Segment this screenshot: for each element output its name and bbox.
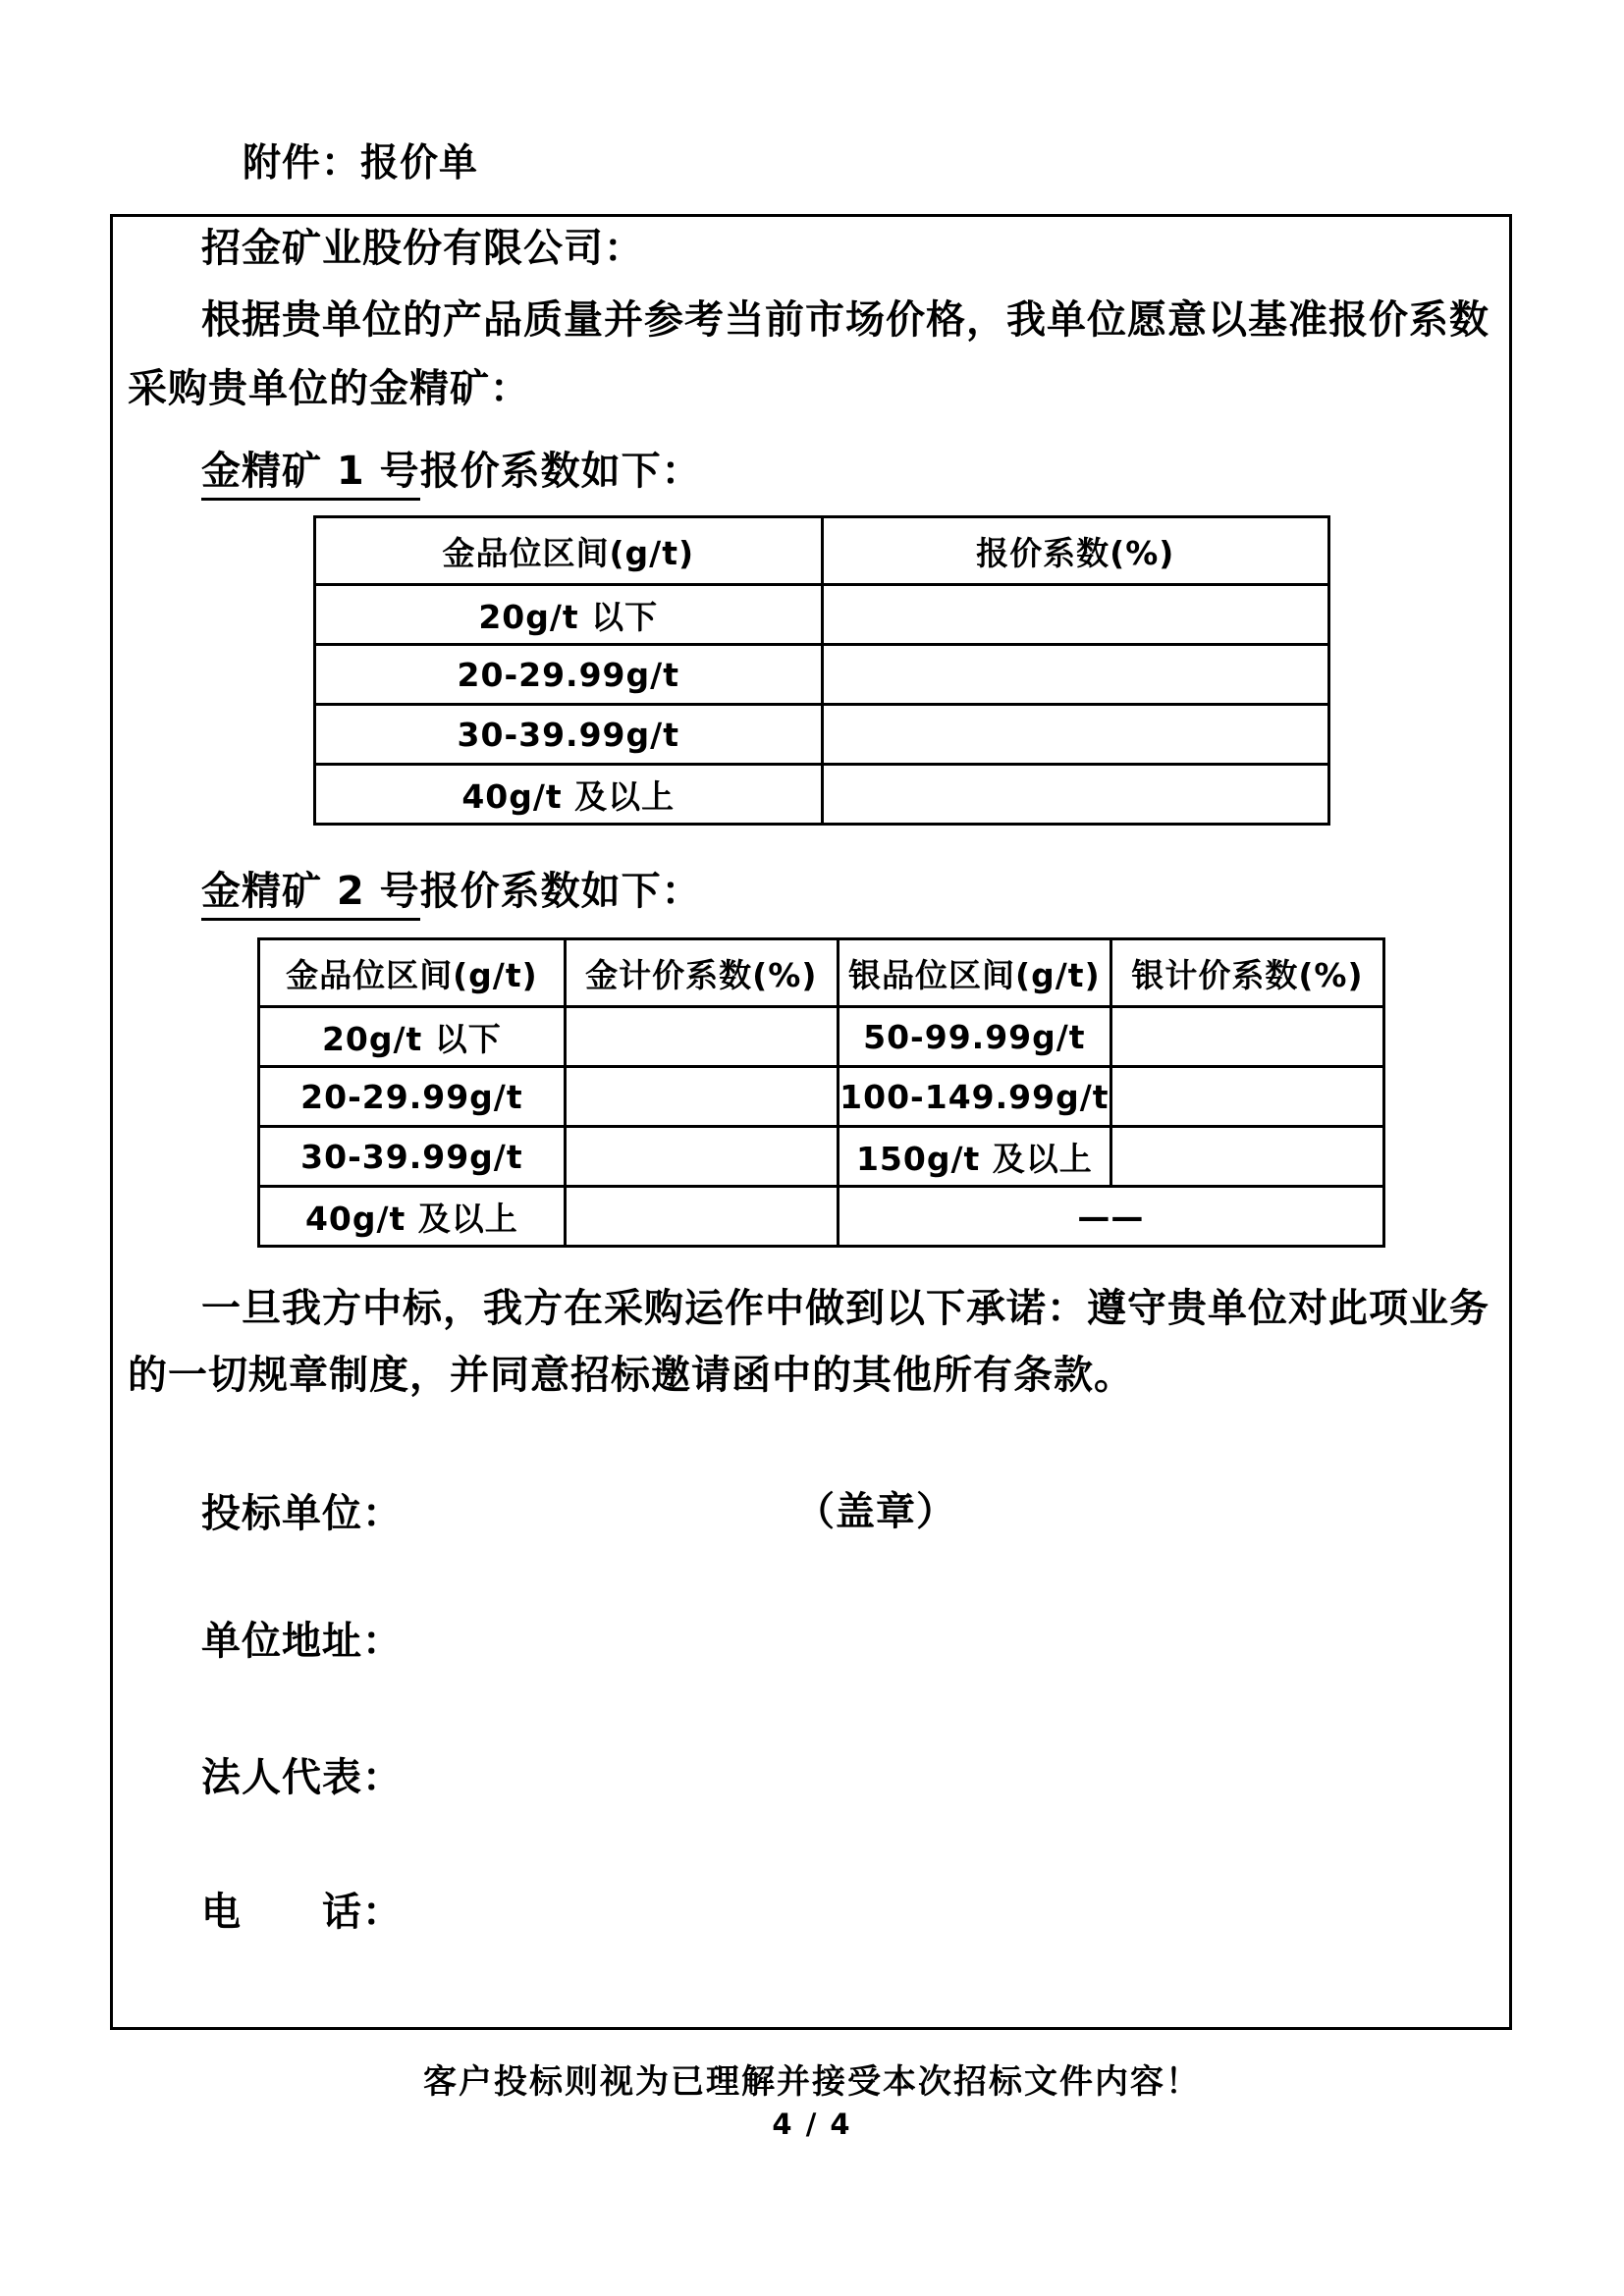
table2-gold-coef-blank-cell bbox=[565, 1007, 838, 1067]
table2-gold-coef-blank-cell bbox=[565, 1127, 838, 1187]
table-header-row: 金品位区间(g/t) 报价系数(%) bbox=[315, 517, 1329, 585]
table2-gold-grade-cell: 20-29.99g/t bbox=[259, 1067, 566, 1127]
table2-header-gold-coef: 金计价系数(%) bbox=[565, 939, 838, 1007]
salutation: 招金矿业股份有限公司： bbox=[201, 227, 644, 270]
table1-grade-cell: 40g/t 及以上 bbox=[315, 765, 823, 825]
bidder-unit-label: 投标单位： bbox=[201, 1492, 403, 1535]
table1-coef-blank-cell bbox=[822, 705, 1329, 765]
commitment-line1: 一旦我方中标，我方在采购运作中做到以下承诺：遵守贵单位对此项业务 bbox=[201, 1287, 1489, 1330]
table2-gold-grade-cell: 30-39.99g/t bbox=[259, 1127, 566, 1187]
attachment-title: 附件：报价单 bbox=[243, 143, 478, 186]
table2-gold-coef-blank-cell bbox=[565, 1067, 838, 1127]
footer-note: 客户投标则视为已理解并接受本次招标文件内容！ bbox=[0, 2055, 1624, 2103]
table1-coef-blank-cell bbox=[822, 765, 1329, 825]
table1-grade-cell: 30-39.99g/t bbox=[315, 705, 823, 765]
table-row: 20-29.99g/t 100-149.99g/t bbox=[259, 1067, 1384, 1127]
table-row: 30-39.99g/t 150g/t 及以上 bbox=[259, 1127, 1384, 1187]
table1-header-quote-coef: 报价系数(%) bbox=[822, 517, 1329, 585]
intro-paragraph-line2: 采购贵单位的金精矿： bbox=[128, 367, 530, 410]
table2-silver-coef-blank-cell bbox=[1110, 1127, 1383, 1187]
table2-header-gold-grade: 金品位区间(g/t) bbox=[259, 939, 566, 1007]
commitment-line2: 的一切规章制度，并同意招标邀请函中的其他所有条款。 bbox=[128, 1354, 1134, 1397]
table2-header-silver-grade: 银品位区间(g/t) bbox=[838, 939, 1110, 1007]
section2-heading-rest: 报价系数如下： bbox=[420, 869, 702, 914]
table2-silver-merged-dash-cell: —— bbox=[838, 1187, 1383, 1247]
table1-header-gold-grade: 金品位区间(g/t) bbox=[315, 517, 823, 585]
table2-silver-coef-blank-cell bbox=[1110, 1067, 1383, 1127]
table-row: 40g/t 及以上 —— bbox=[259, 1187, 1384, 1247]
table1-grade-cell: 20-29.99g/t bbox=[315, 645, 823, 705]
table2-header-silver-coef: 银计价系数(%) bbox=[1110, 939, 1383, 1007]
phone-label: 电 话： bbox=[201, 1891, 403, 1934]
table2-silver-grade-cell: 150g/t 及以上 bbox=[838, 1127, 1110, 1187]
table2-silver-grade-cell: 100-149.99g/t bbox=[838, 1067, 1110, 1127]
table1-grade-cell: 20g/t 以下 bbox=[315, 585, 823, 645]
table-row: 20-29.99g/t bbox=[315, 645, 1329, 705]
section1-heading-underlined: 金精矿 1 号 bbox=[201, 449, 420, 501]
table2-gold-grade-cell: 20g/t 以下 bbox=[259, 1007, 566, 1067]
table-row: 20g/t 以下 50-99.99g/t bbox=[259, 1007, 1384, 1067]
table-header-row: 金品位区间(g/t) 金计价系数(%) 银品位区间(g/t) 银计价系数(%) bbox=[259, 939, 1384, 1007]
section1-heading: 金精矿 1 号报价系数如下： bbox=[201, 450, 702, 493]
table1-coef-blank-cell bbox=[822, 585, 1329, 645]
section2-heading-underlined: 金精矿 2 号 bbox=[201, 869, 420, 921]
intro-paragraph-line1: 根据贵单位的产品质量并参考当前市场价格，我单位愿意以基准报价系数 bbox=[201, 298, 1489, 342]
table1-coef-blank-cell bbox=[822, 645, 1329, 705]
table2-gold-grade-cell: 40g/t 及以上 bbox=[259, 1187, 566, 1247]
table2-silver-coef-blank-cell bbox=[1110, 1007, 1383, 1067]
document-page: 附件：报价单 招金矿业股份有限公司： 根据贵单位的产品质量并参考当前市场价格，我… bbox=[0, 0, 1624, 2296]
section2-heading: 金精矿 2 号报价系数如下： bbox=[201, 870, 702, 913]
page-number: 4 / 4 bbox=[0, 2108, 1624, 2141]
unit-address-label: 单位地址： bbox=[201, 1620, 403, 1663]
table-row: 30-39.99g/t bbox=[315, 705, 1329, 765]
concentrate1-quote-table: 金品位区间(g/t) 报价系数(%) 20g/t 以下 20-29.99g/t … bbox=[313, 515, 1330, 826]
seal-label: （盖章） bbox=[795, 1490, 956, 1533]
table-row: 20g/t 以下 bbox=[315, 585, 1329, 645]
table2-gold-coef-blank-cell bbox=[565, 1187, 838, 1247]
legal-representative-label: 法人代表： bbox=[201, 1756, 403, 1799]
table2-silver-grade-cell: 50-99.99g/t bbox=[838, 1007, 1110, 1067]
section1-heading-rest: 报价系数如下： bbox=[420, 449, 702, 494]
concentrate2-quote-table: 金品位区间(g/t) 金计价系数(%) 银品位区间(g/t) 银计价系数(%) … bbox=[257, 937, 1385, 1248]
table-row: 40g/t 及以上 bbox=[315, 765, 1329, 825]
